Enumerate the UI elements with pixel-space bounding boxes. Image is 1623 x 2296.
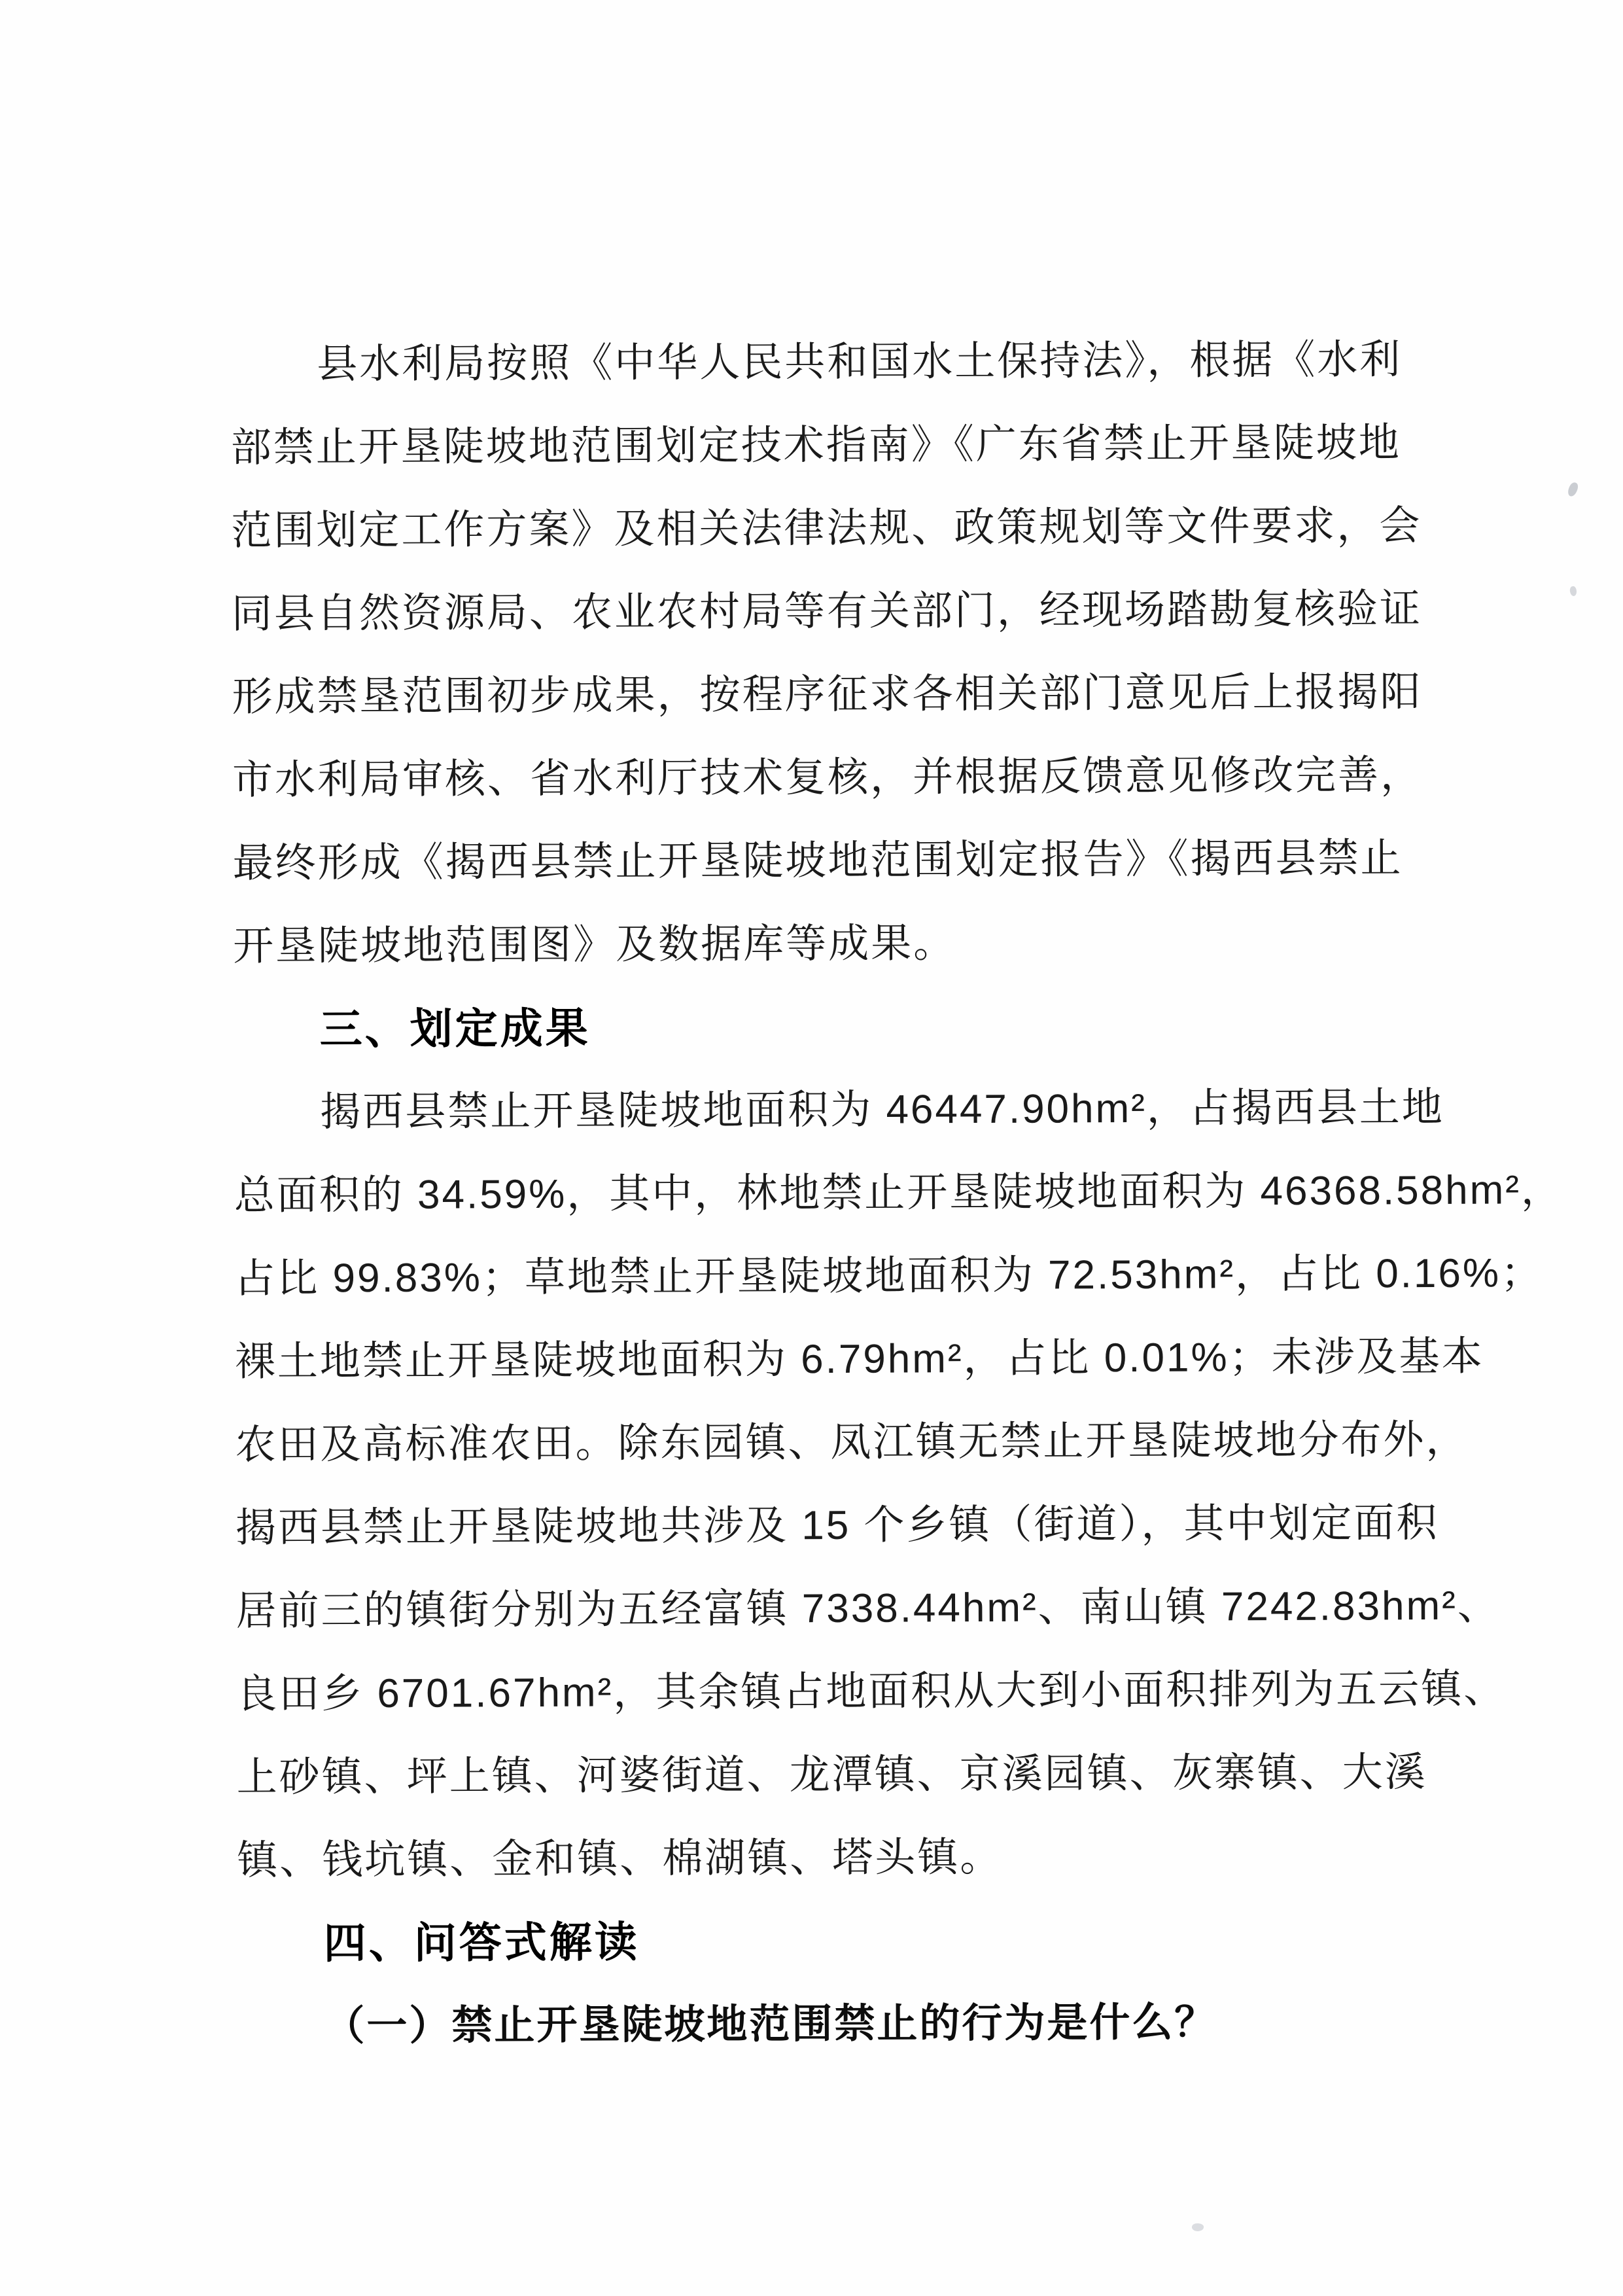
paragraph-line: 市水利局审核、省水利厅技术复核，并根据反馈意见修改完善， [232,733,1430,822]
paragraph-line: 揭西县禁止开垦陡坡地面积为 46447.90hm²，占揭西县土地 [234,1066,1431,1154]
paragraph-line: 良田乡 6701.67hm²，其余镇占地面积从大到小面积排列为五云镇、 [236,1648,1434,1736]
paragraph-line: 上砂镇、坪上镇、河婆街道、龙潭镇、京溪园镇、灰寨镇、大溪 [236,1731,1434,1819]
section-heading-4: 四、问答式解读 [237,1897,1435,1985]
results-paragraph: 揭西县禁止开垦陡坡地面积为 46447.90hm²，占揭西县土地 总面积的 34… [234,1066,1435,1902]
paragraph-line: 范围划定工作方案》及相关法律法规、政策规划等文件要求，会 [231,484,1429,573]
paragraph-line: 裸土地禁止开垦陡坡地面积为 6.79hm²，占比 0.01%；未涉及基本 [235,1315,1433,1404]
paragraph-line: 县水利局按照《中华人民共和国水土保持法》，根据《水利 [230,318,1428,406]
paragraph-line: 最终形成《揭西县禁止开垦陡坡地范围划定报告》《揭西县禁止 [232,817,1430,905]
section-heading-3: 三、划定成果 [233,983,1431,1071]
question-1: （一）禁止开垦陡坡地范围禁止的行为是什么？ [237,1980,1435,2068]
paragraph-line: 同县自然资源局、农业农村局等有关部门，经现场踏勘复核验证 [232,567,1429,656]
paragraph-line: 占比 99.83%；草地禁止开垦陡坡地面积为 72.53hm²，占比 0.16%… [234,1232,1432,1320]
paragraph-line: 总面积的 34.59%，其中，林地禁止开垦陡坡地面积为 46368.58hm²， [234,1149,1432,1237]
scanned-document-page: 县水利局按照《中华人民共和国水土保持法》，根据《水利 部禁止开垦陡坡地范围划定技… [0,0,1623,2296]
paragraph-line: 开垦陡坡地范围图》及数据库等成果。 [233,900,1431,988]
scan-speck [1567,482,1579,498]
paragraph-line: 形成禁垦范围初步成果，按程序征求各相关部门意见后上报揭阳 [232,650,1429,739]
document-body: 县水利局按照《中华人民共和国水土保持法》，根据《水利 部禁止开垦陡坡地范围划定技… [230,318,1435,2068]
paragraph-line: 农田及高标准农田。除东园镇、凤江镇无禁止开垦陡坡地分布外， [235,1398,1433,1487]
scan-speck [1569,586,1578,597]
paragraph-line: 部禁止开垦陡坡地范围划定技术指南》《广东省禁止开垦陡坡地 [231,401,1429,489]
paragraph-line: 居前三的镇街分别为五经富镇 7338.44hm²、南山镇 7242.83hm²、 [236,1564,1433,1653]
scan-speck [1191,2223,1204,2232]
intro-paragraph: 县水利局按照《中华人民共和国水土保持法》，根据《水利 部禁止开垦陡坡地范围划定技… [230,318,1430,988]
paragraph-line: 镇、钱坑镇、金和镇、棉湖镇、塔头镇。 [237,1814,1435,1902]
paragraph-line: 揭西县禁止开垦陡坡地共涉及 15 个乡镇（街道），其中划定面积 [236,1481,1433,1570]
